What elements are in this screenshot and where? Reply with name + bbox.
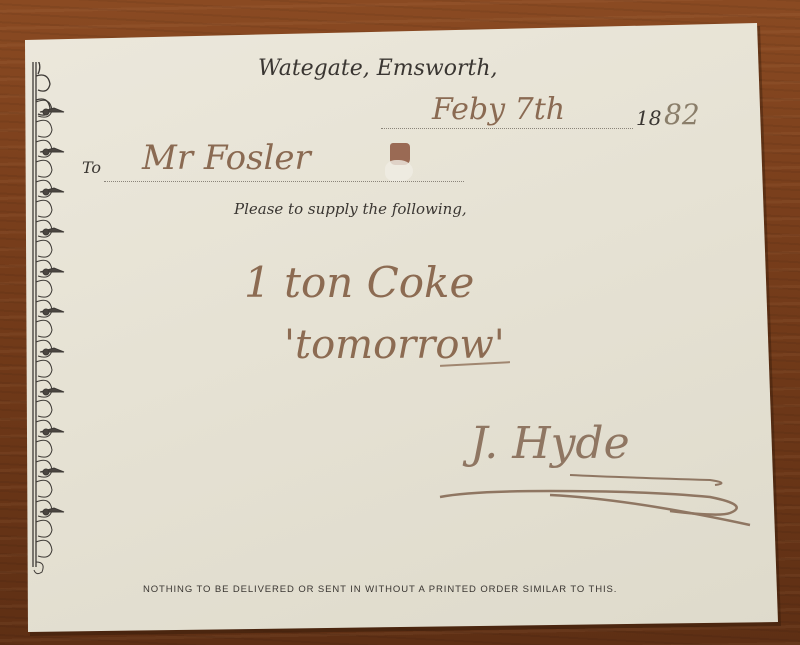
signature-flourish-icon <box>430 455 770 535</box>
printed-address: Wategate, Emsworth, <box>258 56 498 81</box>
handwritten-date: Feby 7th <box>432 92 565 127</box>
decorative-border-ornament-icon <box>24 62 72 582</box>
order-line-item: 1 ton Coke <box>244 258 474 307</box>
footer-notice: NOTHING TO BE DELIVERED OR SENT IN WITHO… <box>143 584 617 595</box>
recipient-name: Mr Fosler <box>142 138 311 178</box>
handwritten-year-suffix: 82 <box>664 98 700 131</box>
printed-instruction: Please to supply the following, <box>234 200 467 218</box>
to-label: To <box>82 158 101 177</box>
paper-damage-light <box>385 160 413 182</box>
recipient-dotted-line <box>104 181 464 182</box>
printed-year-prefix: 18 <box>636 106 661 130</box>
date-dotted-line <box>381 128 633 129</box>
year-digits: 82 <box>664 98 700 131</box>
order-line-delivery-note: 'tomorrow' <box>284 322 505 368</box>
